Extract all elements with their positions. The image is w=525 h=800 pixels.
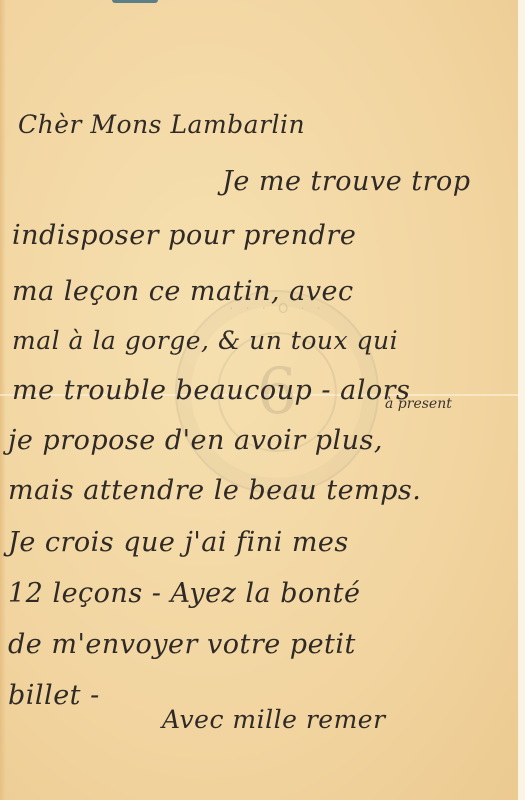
letter-line: billet - [8, 680, 100, 711]
paper-right-margin [518, 0, 525, 800]
letter-line: ma leçon ce matin, avec [12, 276, 354, 307]
letter-line: indisposer pour prendre [12, 220, 356, 251]
letter-line: mais attendre le beau temps. [8, 475, 421, 506]
letter-line: je propose d'en avoir plus, [8, 425, 383, 456]
binding-tab [112, 0, 158, 3]
letter-line: mal à la gorge, & un toux qui [12, 326, 398, 355]
closing: Avec mille remer [162, 705, 386, 734]
letter-line: Je crois que j'ai fini mes [8, 527, 349, 558]
letter-line: me trouble beaucoup - alors [12, 375, 410, 406]
insertion-note: à present [385, 396, 452, 412]
letter-line: Je me trouve trop [222, 166, 471, 197]
letter-line: 12 leçons - Ayez la bonté [8, 578, 360, 609]
letter-line: de m'envoyer votre petit [8, 629, 356, 660]
paper-left-edge [0, 0, 6, 800]
salutation: Chèr Mons Lambarlin [18, 110, 305, 139]
